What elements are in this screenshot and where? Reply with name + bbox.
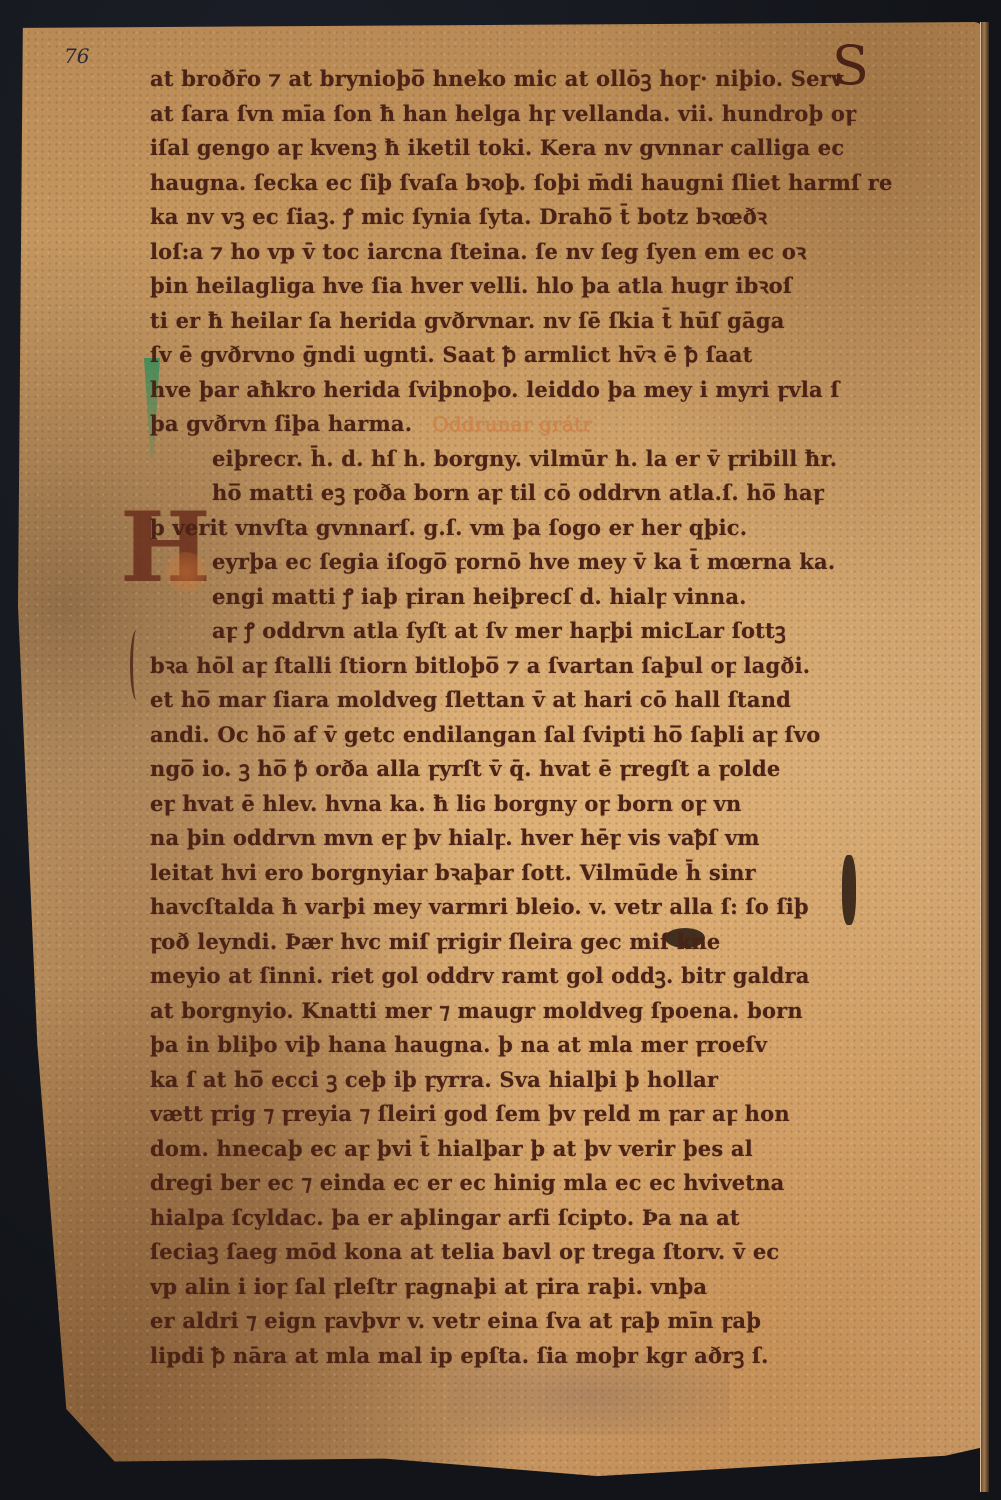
text-line: þin heilagliga hve ſia hver velli. hlo þ…	[150, 269, 940, 304]
marginal-pen-stroke	[130, 630, 143, 700]
text-line: ꝼoð leyndi. Þær hvc miſ ꝼrigir ſleira ge…	[150, 925, 940, 960]
rubric-heading: Oddrunar grátr	[432, 412, 592, 436]
text-line: hialpa ſcyldac. þa er aþlingar arfi ſcip…	[150, 1201, 940, 1236]
text-line: eꝼ hvat ē hlev. hvna ka. ħ liɢ borgny oꝼ…	[150, 787, 940, 822]
folio-number: 76	[64, 44, 89, 68]
text-line: havcſtalda ħ varþi mey varmri bleio. v. …	[150, 890, 940, 925]
text-line: iſal gengo aꝼ kvenꝫ ħ iketil toki. Kera …	[150, 131, 940, 166]
text-line: þa in bliþo viþ hana haugna. þ na at mla…	[150, 1028, 940, 1063]
text-line-with-rubric: þa gvðrvn ſiþa harma.Oddrunar grátr	[150, 407, 940, 442]
text-line: lipdi ꝥ nāra at mla mal ip epſta. ſia mo…	[150, 1339, 940, 1374]
text-line: ti er ħ heilar ſa herida gvðrvnar. nv ſē…	[150, 304, 940, 339]
text-line: haugna. ſecka ec ſiþ ſvaſa bꝛoþ. ſoþi m̄…	[150, 166, 940, 201]
text-line: ka ſ at ho̅ ecci ꝫ ceþ iþ ꝼyrra. Sva hia…	[150, 1063, 940, 1098]
text-line: at borgnyio. Knatti mer ⁊ maugr moldveg …	[150, 994, 940, 1029]
text-line: at ſara ſvn mīa ſon ħ han helga hꝼ vella…	[150, 97, 940, 132]
text-column: at broðr̄o ⁊ at brynioþo̅ hneko mic at o…	[150, 62, 940, 1373]
text-line: dregi ber ec ⁊ einda ec er ec hinig mla …	[150, 1166, 940, 1201]
text-line: engi matti ꝭ iaþ ꝼiran heiþrecſ d. hialꝼ…	[150, 580, 940, 615]
text-line: andi. Oc ho̅ af v̄ getc endilangan ſal ſ…	[150, 718, 940, 753]
text-line: na þin oddrvn mvn eꝼ þv hialꝼ. hver hēꝼ …	[150, 821, 940, 856]
text-line: vp alin i ioꝼ ſal ꝼleſtr ꝼagnaþi at ꝼira…	[150, 1270, 940, 1305]
text-line: at broðr̄o ⁊ at brynioþo̅ hneko mic at o…	[150, 62, 940, 97]
text-line: ngo̅ io. ꝫ ho̅ ꝥ orða alla ꝼyrſt v̄ q̄. …	[150, 752, 940, 787]
text-line: þa gvðrvn ſiþa harma.	[150, 411, 412, 436]
text-line: ka nv vꝫ ec ſiaꝫ. ꝭ mic ſynia ſyta. Drah…	[150, 200, 940, 235]
text-line: leitat hvi ero borgnyiar bꝛaþar ſott. Vi…	[150, 856, 940, 891]
text-line: ſeciaꝫ ſaeg mōd kona at telia bavl oꝼ tr…	[150, 1235, 940, 1270]
text-line: loſ:a ⁊ ho vp v̄ toc iarcna ſteina. ſe n…	[150, 235, 940, 270]
text-line: et ho̅ mar ſiara moldveg ſlettan v̄ at h…	[150, 683, 940, 718]
text-line: hve þar aħkro herida ſviþnoþo. leiddo þa…	[150, 373, 940, 408]
text-line: þ verit vnvſta gvnnarſ. g.ſ. vm þa ſogo …	[150, 511, 940, 546]
text-line: meyio at ſinni. riet gol oddrv ramt gol …	[150, 959, 940, 994]
text-line: ſv ē gvðrvno ḡndi ugnti. Saat ꝥ armlict …	[150, 338, 940, 373]
text-line: ho̅ matti eꝫ ꝼoða born aꝼ til cō oddrvn …	[150, 476, 940, 511]
binding-edge	[980, 22, 989, 1492]
text-line: er aldri ⁊ eign ꝼavþvr v. vetr eina ſva …	[150, 1304, 940, 1339]
text-line: eyrþa ec ſegia iſogo̅ ꝼornō hve mey v̄ k…	[150, 545, 940, 580]
text-line: bꝛa hōl aꝼ ſtalli ſtiorn bitloþo̅ ⁊ a ſv…	[150, 649, 940, 684]
text-line: eiþrecr. h̄. d. hſ h. borgny. vilmūr h. …	[150, 442, 940, 477]
text-line: aꝼ ꝭ oddrvn atla ſyſt at ſv mer haꝼþi mi…	[150, 614, 940, 649]
text-line: vætt ꝼrig ⁊ ꝼreyia ⁊ ſleiri god ſem þv ꝼ…	[150, 1097, 940, 1132]
text-line: dom. hnecaþ ec aꝼ þvi t̄ hialþar þ at þv…	[150, 1132, 940, 1167]
